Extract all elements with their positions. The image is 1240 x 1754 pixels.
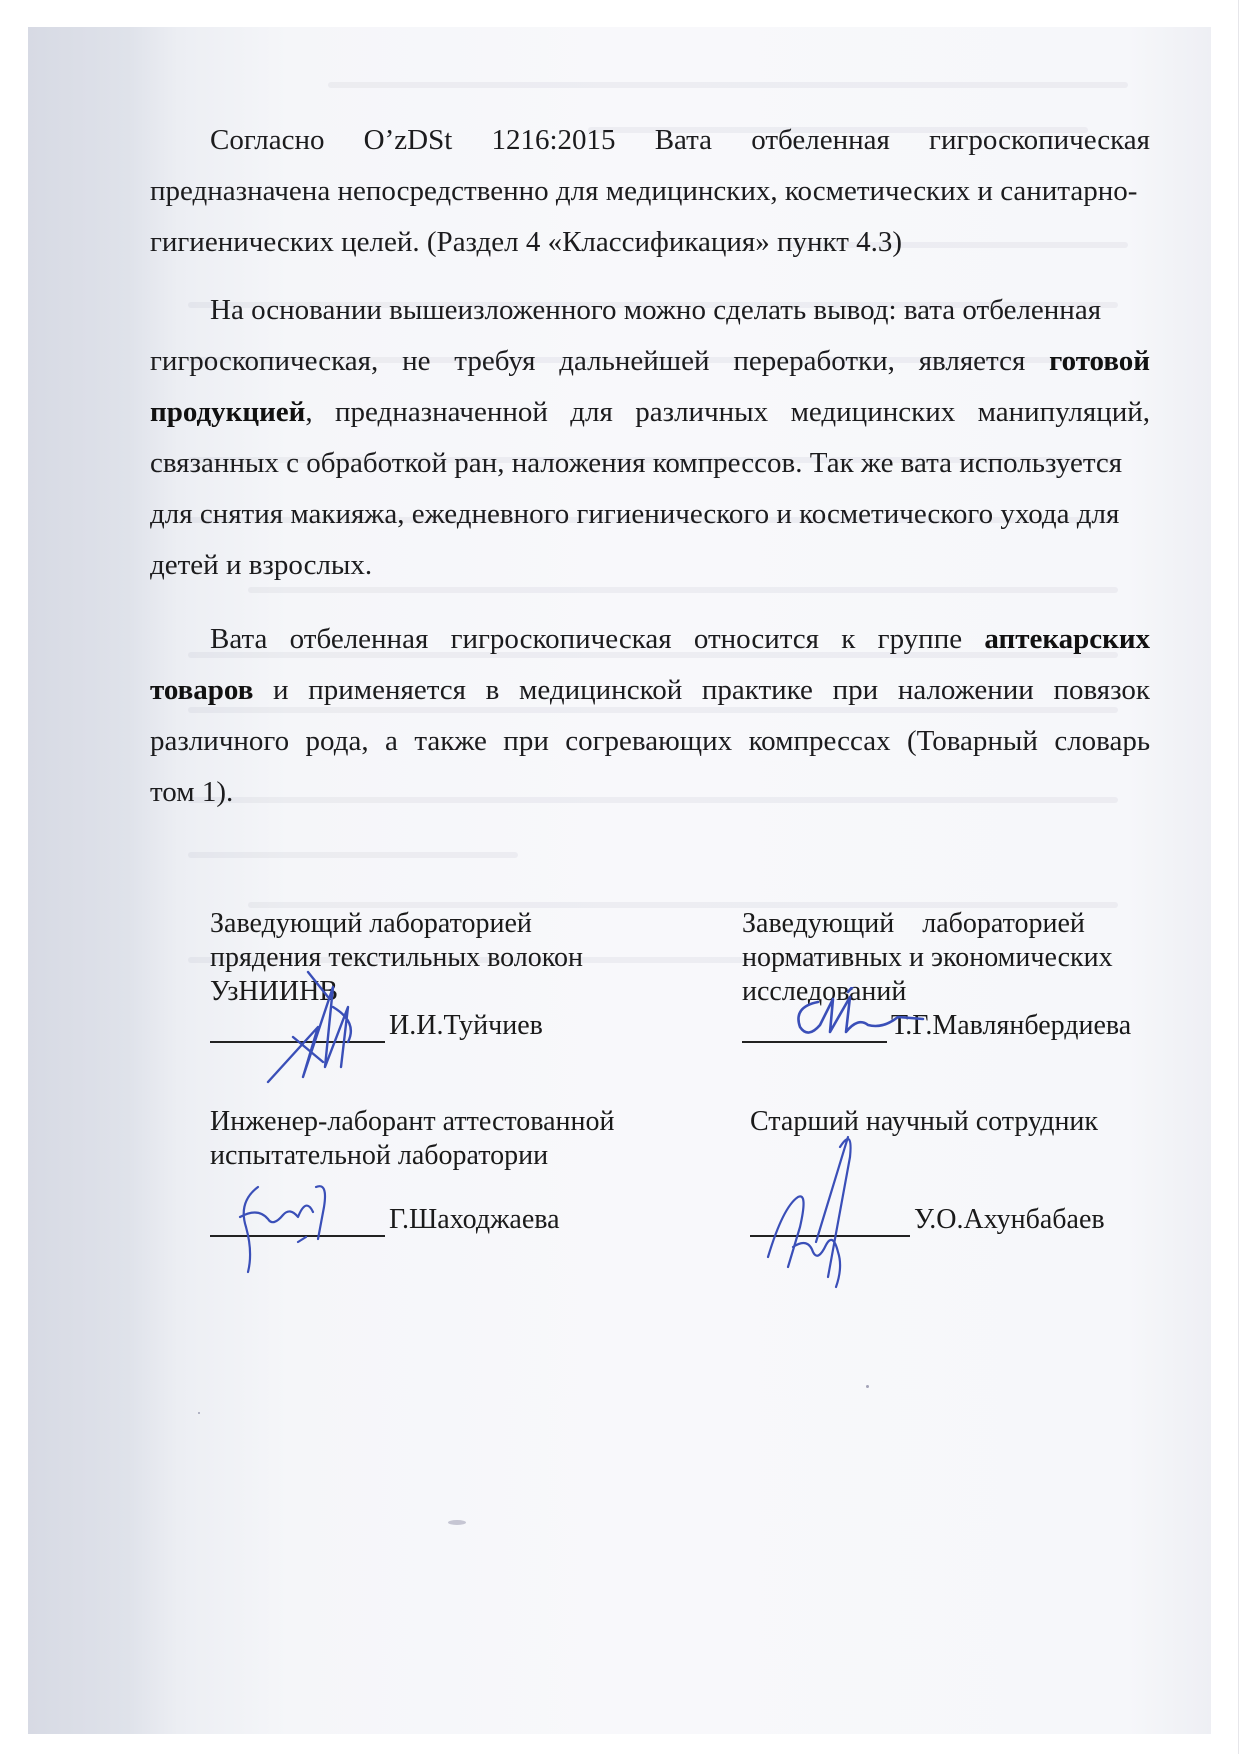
- signer-title-line: Старший научный сотрудник: [750, 1105, 1105, 1139]
- word: медицинской: [519, 674, 682, 706]
- word: при: [503, 725, 549, 757]
- signer-name: Т.Г.Мавлянбердиева: [891, 1009, 1131, 1043]
- word: в: [486, 674, 500, 706]
- word: является: [919, 345, 1026, 377]
- signer-name: И.И.Туйчиев: [389, 1009, 543, 1043]
- word: компрессах: [749, 725, 891, 757]
- scan-speck: [448, 1520, 466, 1525]
- bold-term: продукцией: [150, 396, 305, 428]
- signer-name: У.О.Ахунбабаев: [914, 1203, 1105, 1237]
- text-line: различного рода, а также при согревающих…: [150, 716, 1150, 767]
- word: гигроскопическая: [451, 623, 672, 655]
- signature-line: [742, 1013, 887, 1043]
- text-line: связанных с обработкой ран, наложения ко…: [150, 438, 1150, 489]
- text-line: Вата отбеленная гигроскопическая относит…: [150, 614, 1150, 665]
- bold-term: готовой: [1049, 345, 1150, 377]
- signer-title-line: Заведующий лабораторией: [210, 907, 583, 941]
- bleed-through-mark: [328, 82, 1128, 88]
- word: словарь: [1054, 725, 1150, 757]
- scan-speck: [198, 1412, 200, 1414]
- word: манипуляций,: [978, 396, 1150, 428]
- scan-speck: [866, 1385, 869, 1388]
- word: и: [273, 674, 289, 706]
- word: дальнейшей: [559, 345, 709, 377]
- signer-title-line: Инженер-лаборант аттестованной: [210, 1105, 614, 1139]
- word: требуя: [454, 345, 535, 377]
- word: переработки,: [733, 345, 895, 377]
- word: к: [841, 623, 855, 655]
- signer-name: Г.Шаходжаева: [389, 1203, 560, 1237]
- bleed-through-mark: [188, 852, 518, 858]
- word: повязок: [1053, 674, 1150, 706]
- word: согревающих: [565, 725, 732, 757]
- word: медицинских: [791, 396, 956, 428]
- word: для: [570, 396, 613, 428]
- word: гигроскопическая,: [150, 345, 378, 377]
- signer-title-line: прядения текстильных волокон: [210, 941, 583, 975]
- word: также: [414, 725, 487, 757]
- word: группе: [878, 623, 962, 655]
- word: не: [402, 345, 430, 377]
- bold-term: аптекарских: [984, 623, 1150, 655]
- text-line: гигроскопическая, не требуя дальнейшей п…: [150, 336, 1150, 387]
- paragraph-standard-reference: Согласно O’zDSt 1216:2015 Вата отбеленна…: [150, 115, 1150, 268]
- text-line: гигиенических целей. (Раздел 4 «Классифи…: [150, 217, 1150, 268]
- signature-line: [750, 1207, 910, 1237]
- word: а: [385, 725, 398, 757]
- signature-block-tuychiev: Заведующий лабораторией прядения текстил…: [210, 907, 583, 1043]
- word: Вата: [210, 623, 267, 655]
- word: (Товарный: [907, 725, 1038, 757]
- signer-title-line: исследований: [742, 975, 1131, 1009]
- bold-term: товаров: [150, 674, 253, 706]
- paragraph-product-group: Вата отбеленная гигроскопическая относит…: [150, 614, 1150, 818]
- scan-edge-line: [1238, 0, 1239, 1754]
- signer-title-line: Заведующий лабораторией: [742, 907, 1131, 941]
- text-line: Согласно O’zDSt 1216:2015 Вата отбеленна…: [150, 115, 1150, 166]
- signature-line: [210, 1207, 385, 1237]
- text-line: предназначена непосредственно для медици…: [150, 166, 1150, 217]
- signer-title-line: УзНИИНВ: [210, 975, 583, 1009]
- word: O’zDSt: [364, 124, 453, 156]
- signer-title-line: испытательной лаборатории: [210, 1139, 614, 1173]
- word: Вата: [655, 124, 712, 156]
- text-line: На основании вышеизложенного можно сдела…: [150, 285, 1150, 336]
- word: Согласно: [210, 124, 325, 156]
- signature-block-mavlyanberdieva: Заведующий лабораторией нормативных и эк…: [742, 907, 1131, 1043]
- word: наложении: [898, 674, 1034, 706]
- word: практике: [702, 674, 813, 706]
- text-line: том 1).: [150, 767, 1150, 818]
- word: отбеленная: [751, 124, 890, 156]
- word: рода,: [306, 725, 369, 757]
- word: применяется: [308, 674, 466, 706]
- signature-line: [210, 1013, 385, 1043]
- word: относится: [694, 623, 819, 655]
- signature-block-akhunbabaev: Старший научный сотрудник У.О.Ахунбабаев: [750, 1105, 1105, 1237]
- signer-title-line: нормативных и экономических: [742, 941, 1131, 975]
- text-line: детей и взрослых.: [150, 540, 1150, 591]
- scanned-page: Согласно O’zDSt 1216:2015 Вата отбеленна…: [28, 27, 1211, 1734]
- paragraph-conclusion: На основании вышеизложенного можно сдела…: [150, 285, 1150, 591]
- word: при: [833, 674, 879, 706]
- word: 1216:2015: [491, 124, 615, 156]
- word: различных: [635, 396, 768, 428]
- text-line: продукцией, предназначенной для различны…: [150, 387, 1150, 438]
- word: гигроскопическая: [929, 124, 1150, 156]
- word: отбеленная: [290, 623, 429, 655]
- signature-block-shakhodzhaeva: Инженер-лаборант аттестованной испытател…: [210, 1105, 614, 1237]
- text-line: для снятия макияжа, ежедневного гигиенич…: [150, 489, 1150, 540]
- text-line: товаров и применяется в медицинской прак…: [150, 665, 1150, 716]
- word: предназначенной: [335, 396, 548, 428]
- word: различного: [150, 725, 289, 757]
